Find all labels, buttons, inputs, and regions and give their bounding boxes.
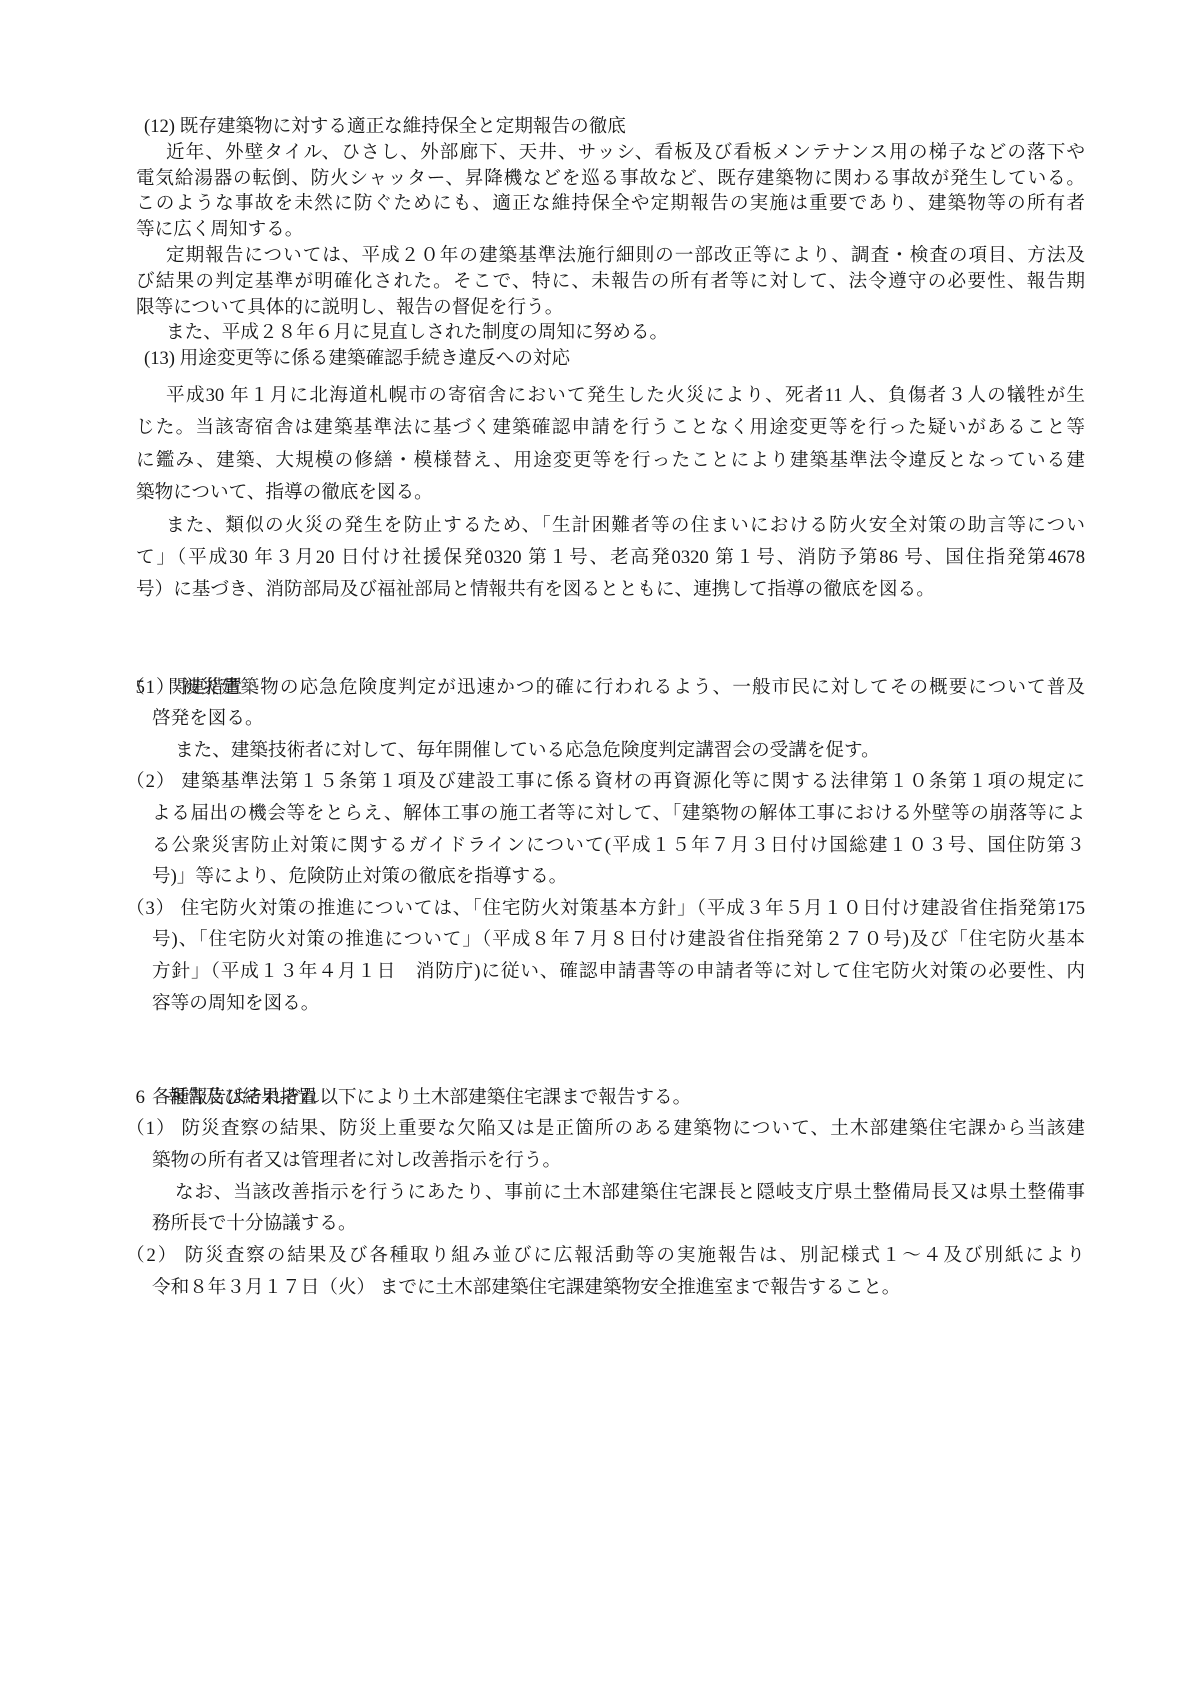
- text-line: 電気給湯器の転倒、防火シャッター、昇降機などを巡る事故など、既存建築物に関わる事…: [136, 166, 1085, 192]
- list-item-line: （3） 住宅防火対策の推進については、「住宅防火対策基本方針」（平成３年５月１０…: [126, 893, 1085, 925]
- text-line: 各種報告はそれぞれ以下により土木部建築住宅課まで報告する。: [152, 1082, 1085, 1114]
- list-item-line: （1） 防災査察の結果、防災上重要な欠陥又は是正箇所のある建築物について、土木部…: [126, 1113, 1085, 1145]
- section-item-13-body: 平成30 年１月に北海道札幌市の寄宿舎において発生した火災により、死者11 人、…: [136, 380, 1085, 607]
- section-item-12: (12) 既存建築物に対する適正な維持保全と定期報告の徹底 近年、外壁タイル、ひ…: [136, 114, 1085, 372]
- text-line: 近年、外壁タイル、ひさし、外部廊下、天井、サッシ、看板及び看板メンテナンス用の梯…: [166, 140, 1085, 166]
- text-line: 啓発を図る。: [152, 703, 1085, 735]
- section-6-heading: 6報告及び結果措置: [117, 1050, 1085, 1082]
- text-line: 号)、「住宅防火対策の推進について」（平成８年７月８日付け建設省住指発第２７０号…: [152, 924, 1085, 956]
- text-line: に鑑み、建築、大規模の修繕・模様替え、用途変更等を行ったことにより建築基準法令違…: [136, 445, 1085, 477]
- text-line: なお、当該改善指示を行うにあたり、事前に土木部建築住宅課長と隠岐支庁県土整備局長…: [175, 1177, 1085, 1209]
- text-line: このような事故を未然に防ぐためにも、適正な維持保全や定期報告の実施は重要であり、…: [136, 191, 1085, 217]
- text-line: る公衆災害防止対策に関するガイドラインについて(平成１５年７月３日付け国総建１０…: [152, 830, 1085, 862]
- text-line: 築物の所有者又は管理者に対し改善指示を行う。: [152, 1145, 1085, 1177]
- text-line: また、建築技術者に対して、毎年開催している応急危険度判定講習会の受講を促す。: [175, 735, 1085, 767]
- text-line: よる届出の機会等をとらえ、解体工事の施工者等に対して、「建築物の解体工事における…: [152, 798, 1085, 830]
- text-line: 等に広く周知する。: [136, 217, 1085, 243]
- list-item-line: （2） 防災査察の結果及び各種取り組み並びに広報活動等の実施報告は、別記様式１～…: [126, 1240, 1085, 1272]
- text-line: じた。当該寄宿舎は建築基準法に基づく建築確認申請を行うことなく用途変更等を行った…: [136, 412, 1085, 444]
- text-line: 定期報告については、平成２０年の建築基準法施行細則の一部改正等により、調査・検査…: [166, 243, 1085, 269]
- text-line: 令和８年３月１７日（火） までに土木部建築住宅課建築物安全推進室まで報告すること…: [152, 1272, 1085, 1304]
- section-number: 6: [136, 1087, 145, 1108]
- text-line: 務所長で十分協議する。: [152, 1208, 1085, 1240]
- text-line: て」（平成30 年３月20 日付け社援保発0320 第１号、老高発0320 第１…: [136, 542, 1085, 574]
- item-13-heading: (13) 用途変更等に係る建築確認手続き違反への対応: [144, 346, 1085, 372]
- text-line: また、類似の火災の発生を防止するため、「生計困難者等の住まいにおける防火安全対策…: [166, 510, 1085, 542]
- text-line: 平成30 年１月に北海道札幌市の寄宿舎において発生した火災により、死者11 人、…: [166, 380, 1085, 412]
- document-page: { "page": { "background": "#ffffff", "te…: [0, 0, 1200, 1698]
- item-12-heading: (12) 既存建築物に対する適正な維持保全と定期報告の徹底: [144, 114, 1085, 140]
- text-line: 限等について具体的に説明し、報告の督促を行う。: [136, 295, 1085, 321]
- section-5-heading: 5関連措置: [117, 640, 1085, 672]
- text-line: また、平成２８年６月に見直しされた制度の周知に努める。: [166, 320, 1085, 346]
- text-line: び結果の判定基準が明確化された。そこで、特に、未報告の所有者等に対して、法令遵守…: [136, 269, 1085, 295]
- text-line: 方針」（平成１３年４月１日 消防庁)に従い、確認申請書等の申請者等に対して住宅防…: [152, 956, 1085, 988]
- text-line: 築物について、指導の徹底を図る。: [136, 477, 1085, 509]
- list-item-line: （1） 被災建築物の応急危険度判定が迅速かつ的確に行われるよう、一般市民に対して…: [126, 672, 1085, 704]
- text-line: 号)」等により、危険防止対策の徹底を指導する。: [152, 861, 1085, 893]
- section-6: 6報告及び結果措置 各種報告はそれぞれ以下により土木部建築住宅課まで報告する。 …: [152, 1050, 1085, 1304]
- section-5: 5関連措置 （1） 被災建築物の応急危険度判定が迅速かつ的確に行われるよう、一般…: [152, 640, 1085, 1019]
- list-item-line: （2） 建築基準法第１５条第１項及び建設工事に係る資材の再資源化等に関する法律第…: [126, 766, 1085, 798]
- text-line: 号）に基づき、消防部局及び福祉部局と情報共有を図るとともに、連携して指導の徹底を…: [136, 574, 1085, 606]
- text-line: 容等の周知を図る。: [152, 988, 1085, 1020]
